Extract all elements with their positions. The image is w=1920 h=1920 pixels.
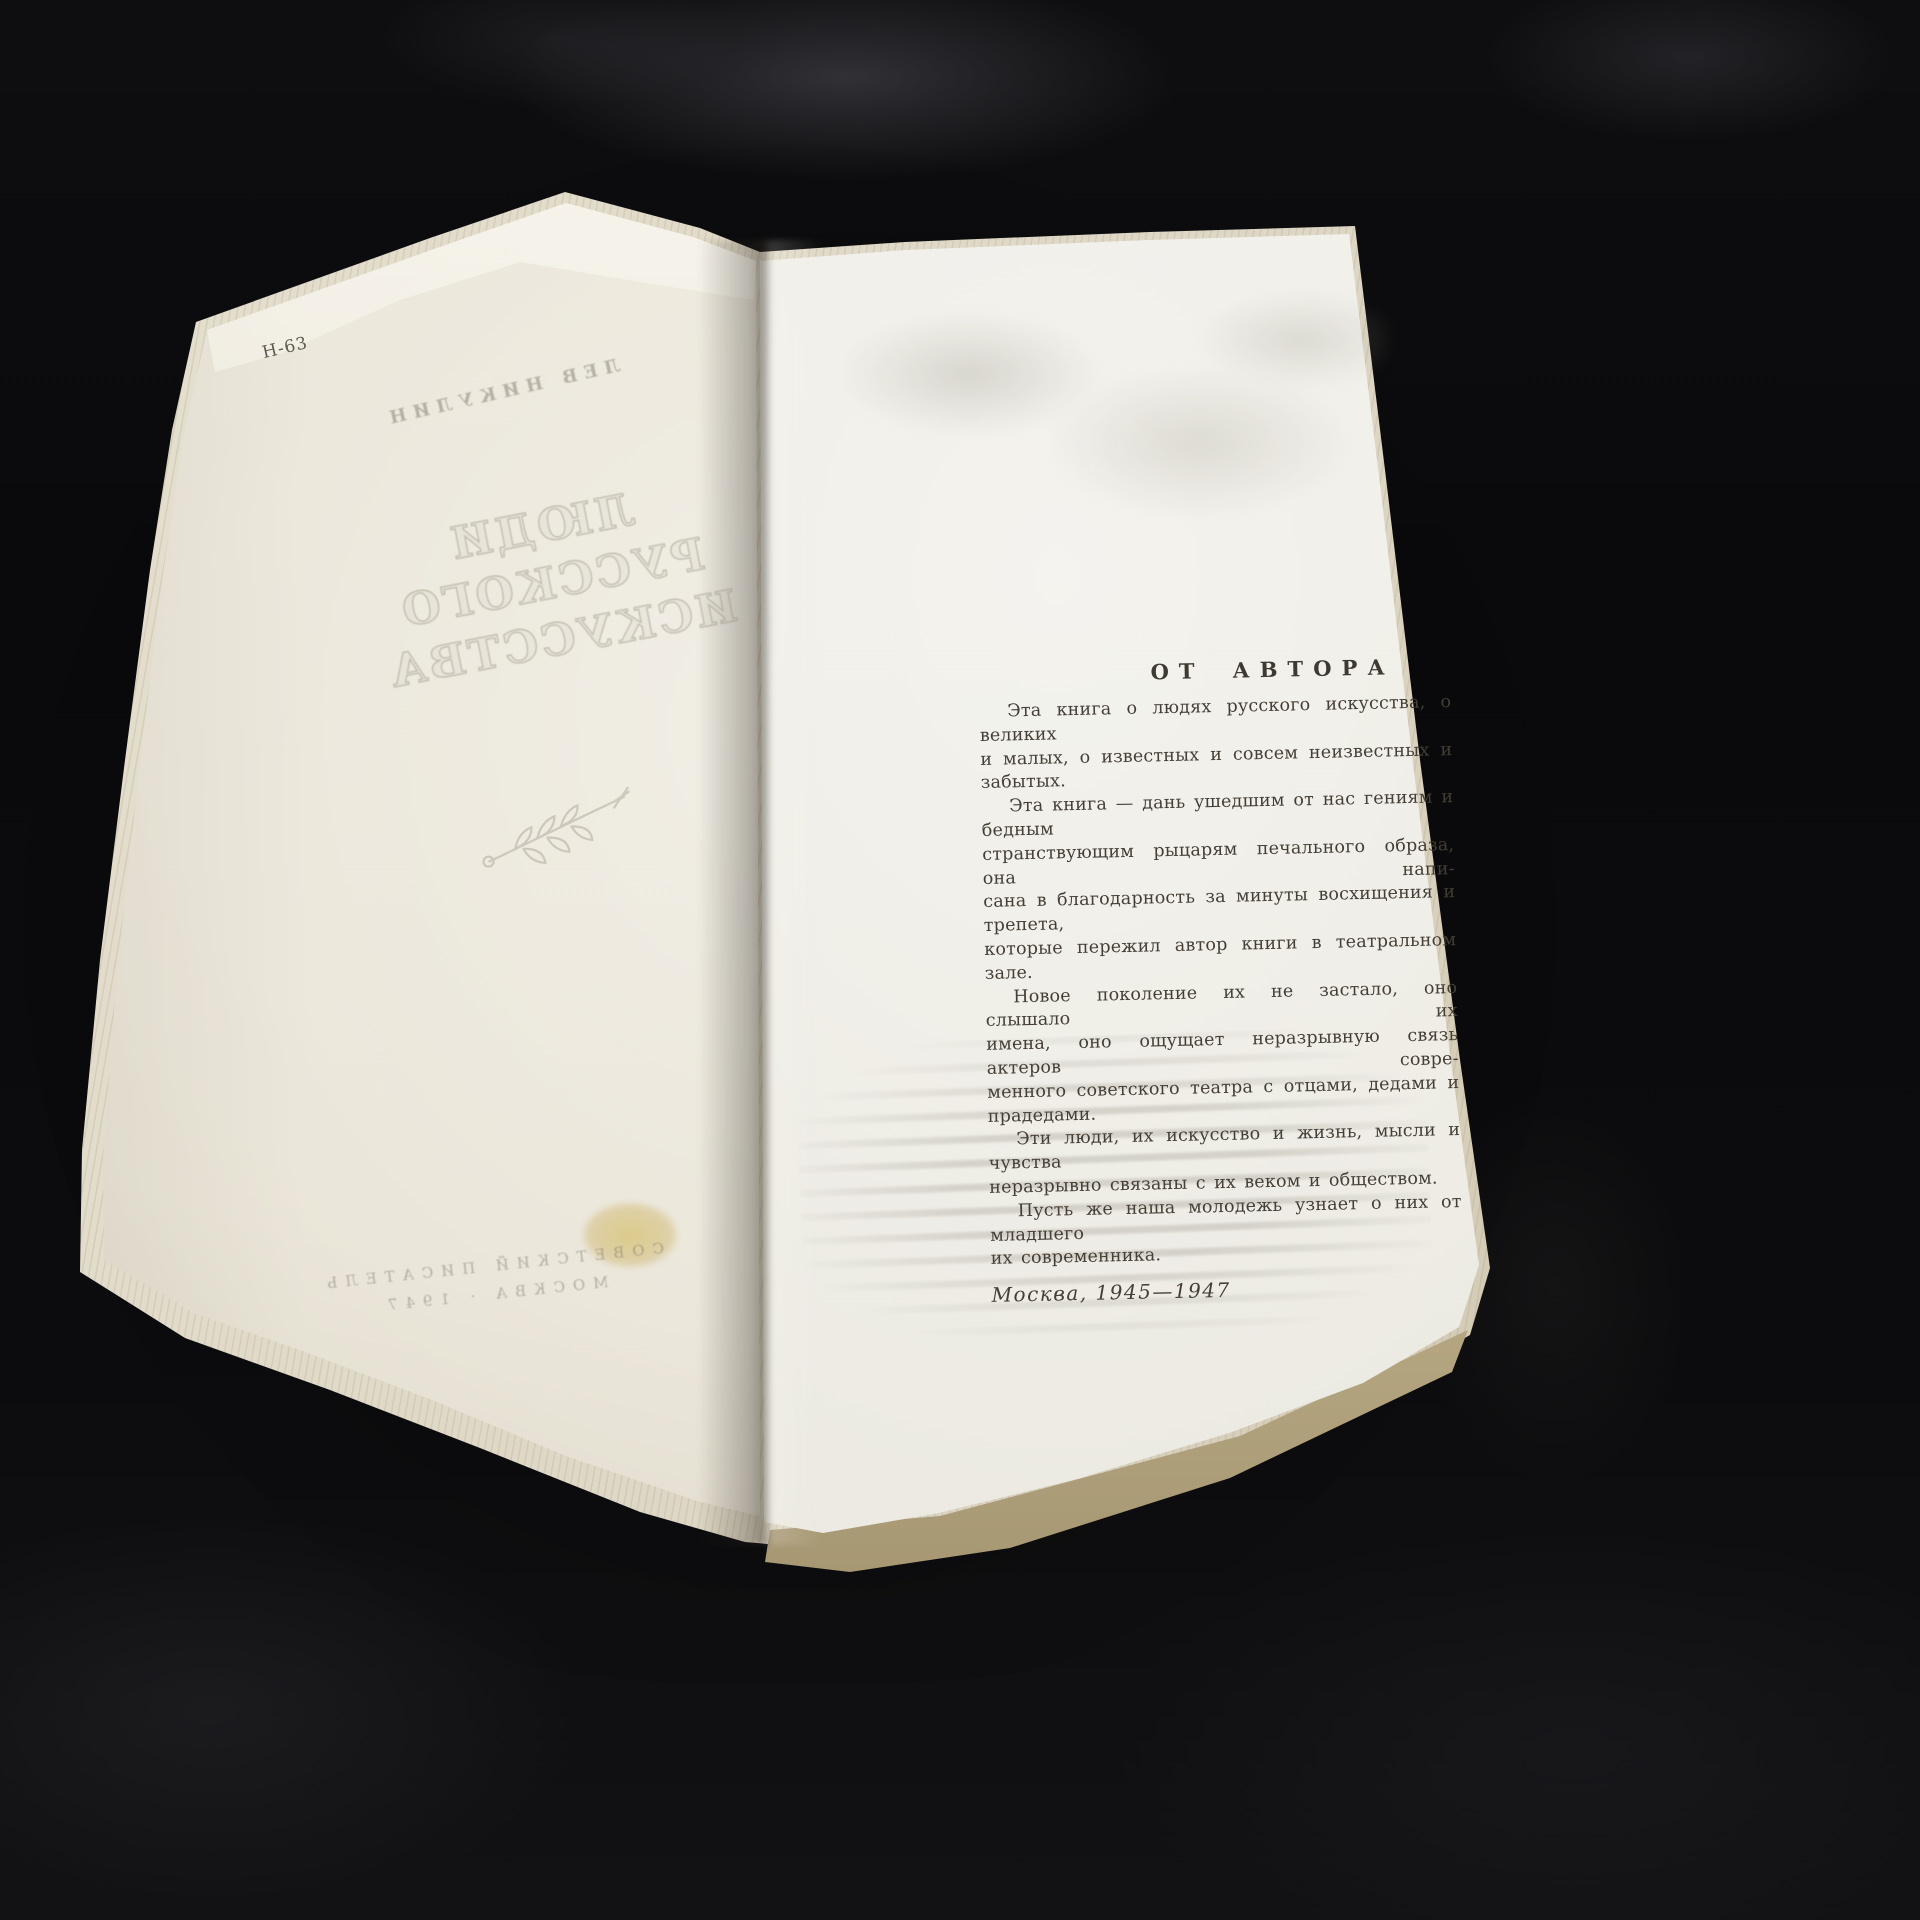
preface-heading: ОТ АВТОРА [1150,653,1450,684]
book-photo: Н-63 ЛЕВ НИКУЛИН ЛЮДИ РУССКОГО ИСКУССТВА… [0,0,1920,1920]
showthrough-blobs [790,255,1390,595]
preface-text-block: ОТ АВТОРА Эта книга о людях русского иск… [978,653,1463,1307]
preface-paragraphs: Эта книга о людях русского искусства, о … [979,691,1463,1272]
